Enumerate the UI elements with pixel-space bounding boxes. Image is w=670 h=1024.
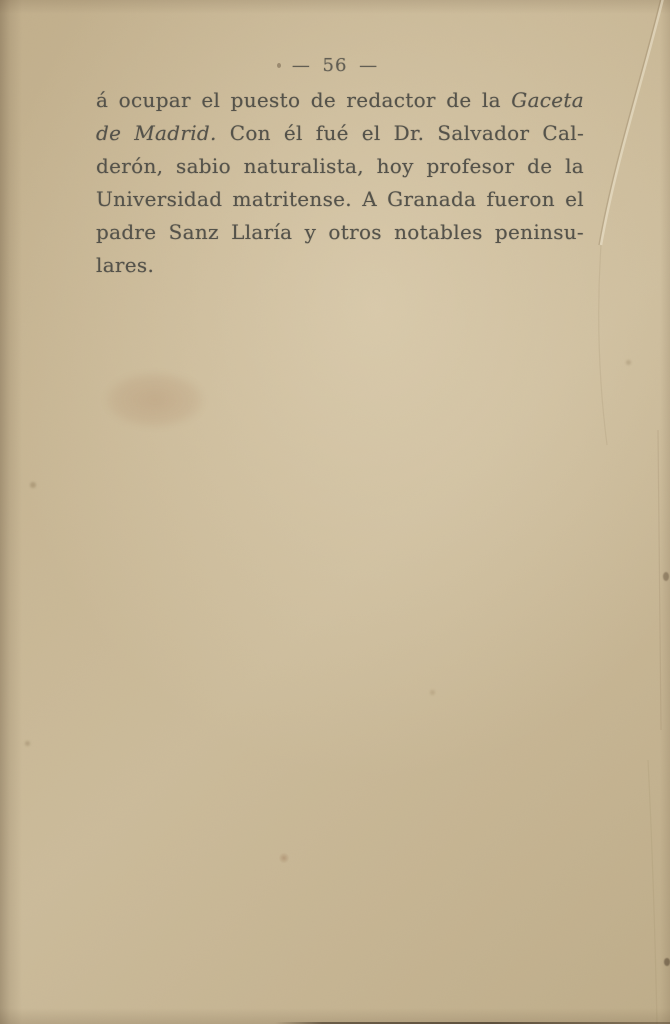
paper-speck: [30, 482, 36, 488]
text-segment: derón, sabio naturalista, hoy profesor d…: [96, 154, 584, 178]
italic-text-segment: de Madrid.: [96, 121, 217, 145]
book-page: — 56 — á ocupar el puesto de redactor de…: [0, 0, 670, 1024]
paragraph: á ocupar el puesto de redactor de la Gac…: [96, 84, 584, 282]
italic-text-segment: Gaceta: [511, 88, 584, 112]
text-line: padre Sanz Llaría y otros notables penin…: [96, 216, 584, 249]
paper-speck: [664, 958, 670, 966]
text-segment: Con él fué el Dr. Salvador Cal-: [217, 121, 584, 145]
text-line: de Madrid. Con él fué el Dr. Salvador Ca…: [96, 117, 584, 150]
paper-speck: [663, 572, 669, 581]
page-number: — 56 —: [0, 55, 670, 76]
paper-stain: [105, 372, 205, 428]
page-edge-shadow-right: [660, 0, 670, 1024]
paper-speck: [25, 741, 30, 746]
text-segment: á ocupar el puesto de redactor de la: [96, 88, 511, 112]
page-edge-shadow-bottom: [0, 1008, 670, 1024]
paper-speck: [626, 360, 631, 365]
page-edge-shadow-left: [0, 0, 22, 1024]
text-line: á ocupar el puesto de redactor de la Gac…: [96, 84, 584, 117]
paper-speck: [430, 690, 435, 695]
text-segment: padre Sanz Llaría y otros notables penin…: [96, 220, 584, 244]
text-line: Universidad matritense. A Granada fueron…: [96, 183, 584, 216]
page-edge-shadow-top: [0, 0, 670, 14]
text-line: lares.: [96, 249, 584, 282]
text-line: derón, sabio naturalista, hoy profesor d…: [96, 150, 584, 183]
text-segment: lares.: [96, 253, 154, 277]
text-segment: Universidad matritense. A Granada fueron…: [96, 187, 584, 211]
paper-speck: [279, 852, 289, 864]
